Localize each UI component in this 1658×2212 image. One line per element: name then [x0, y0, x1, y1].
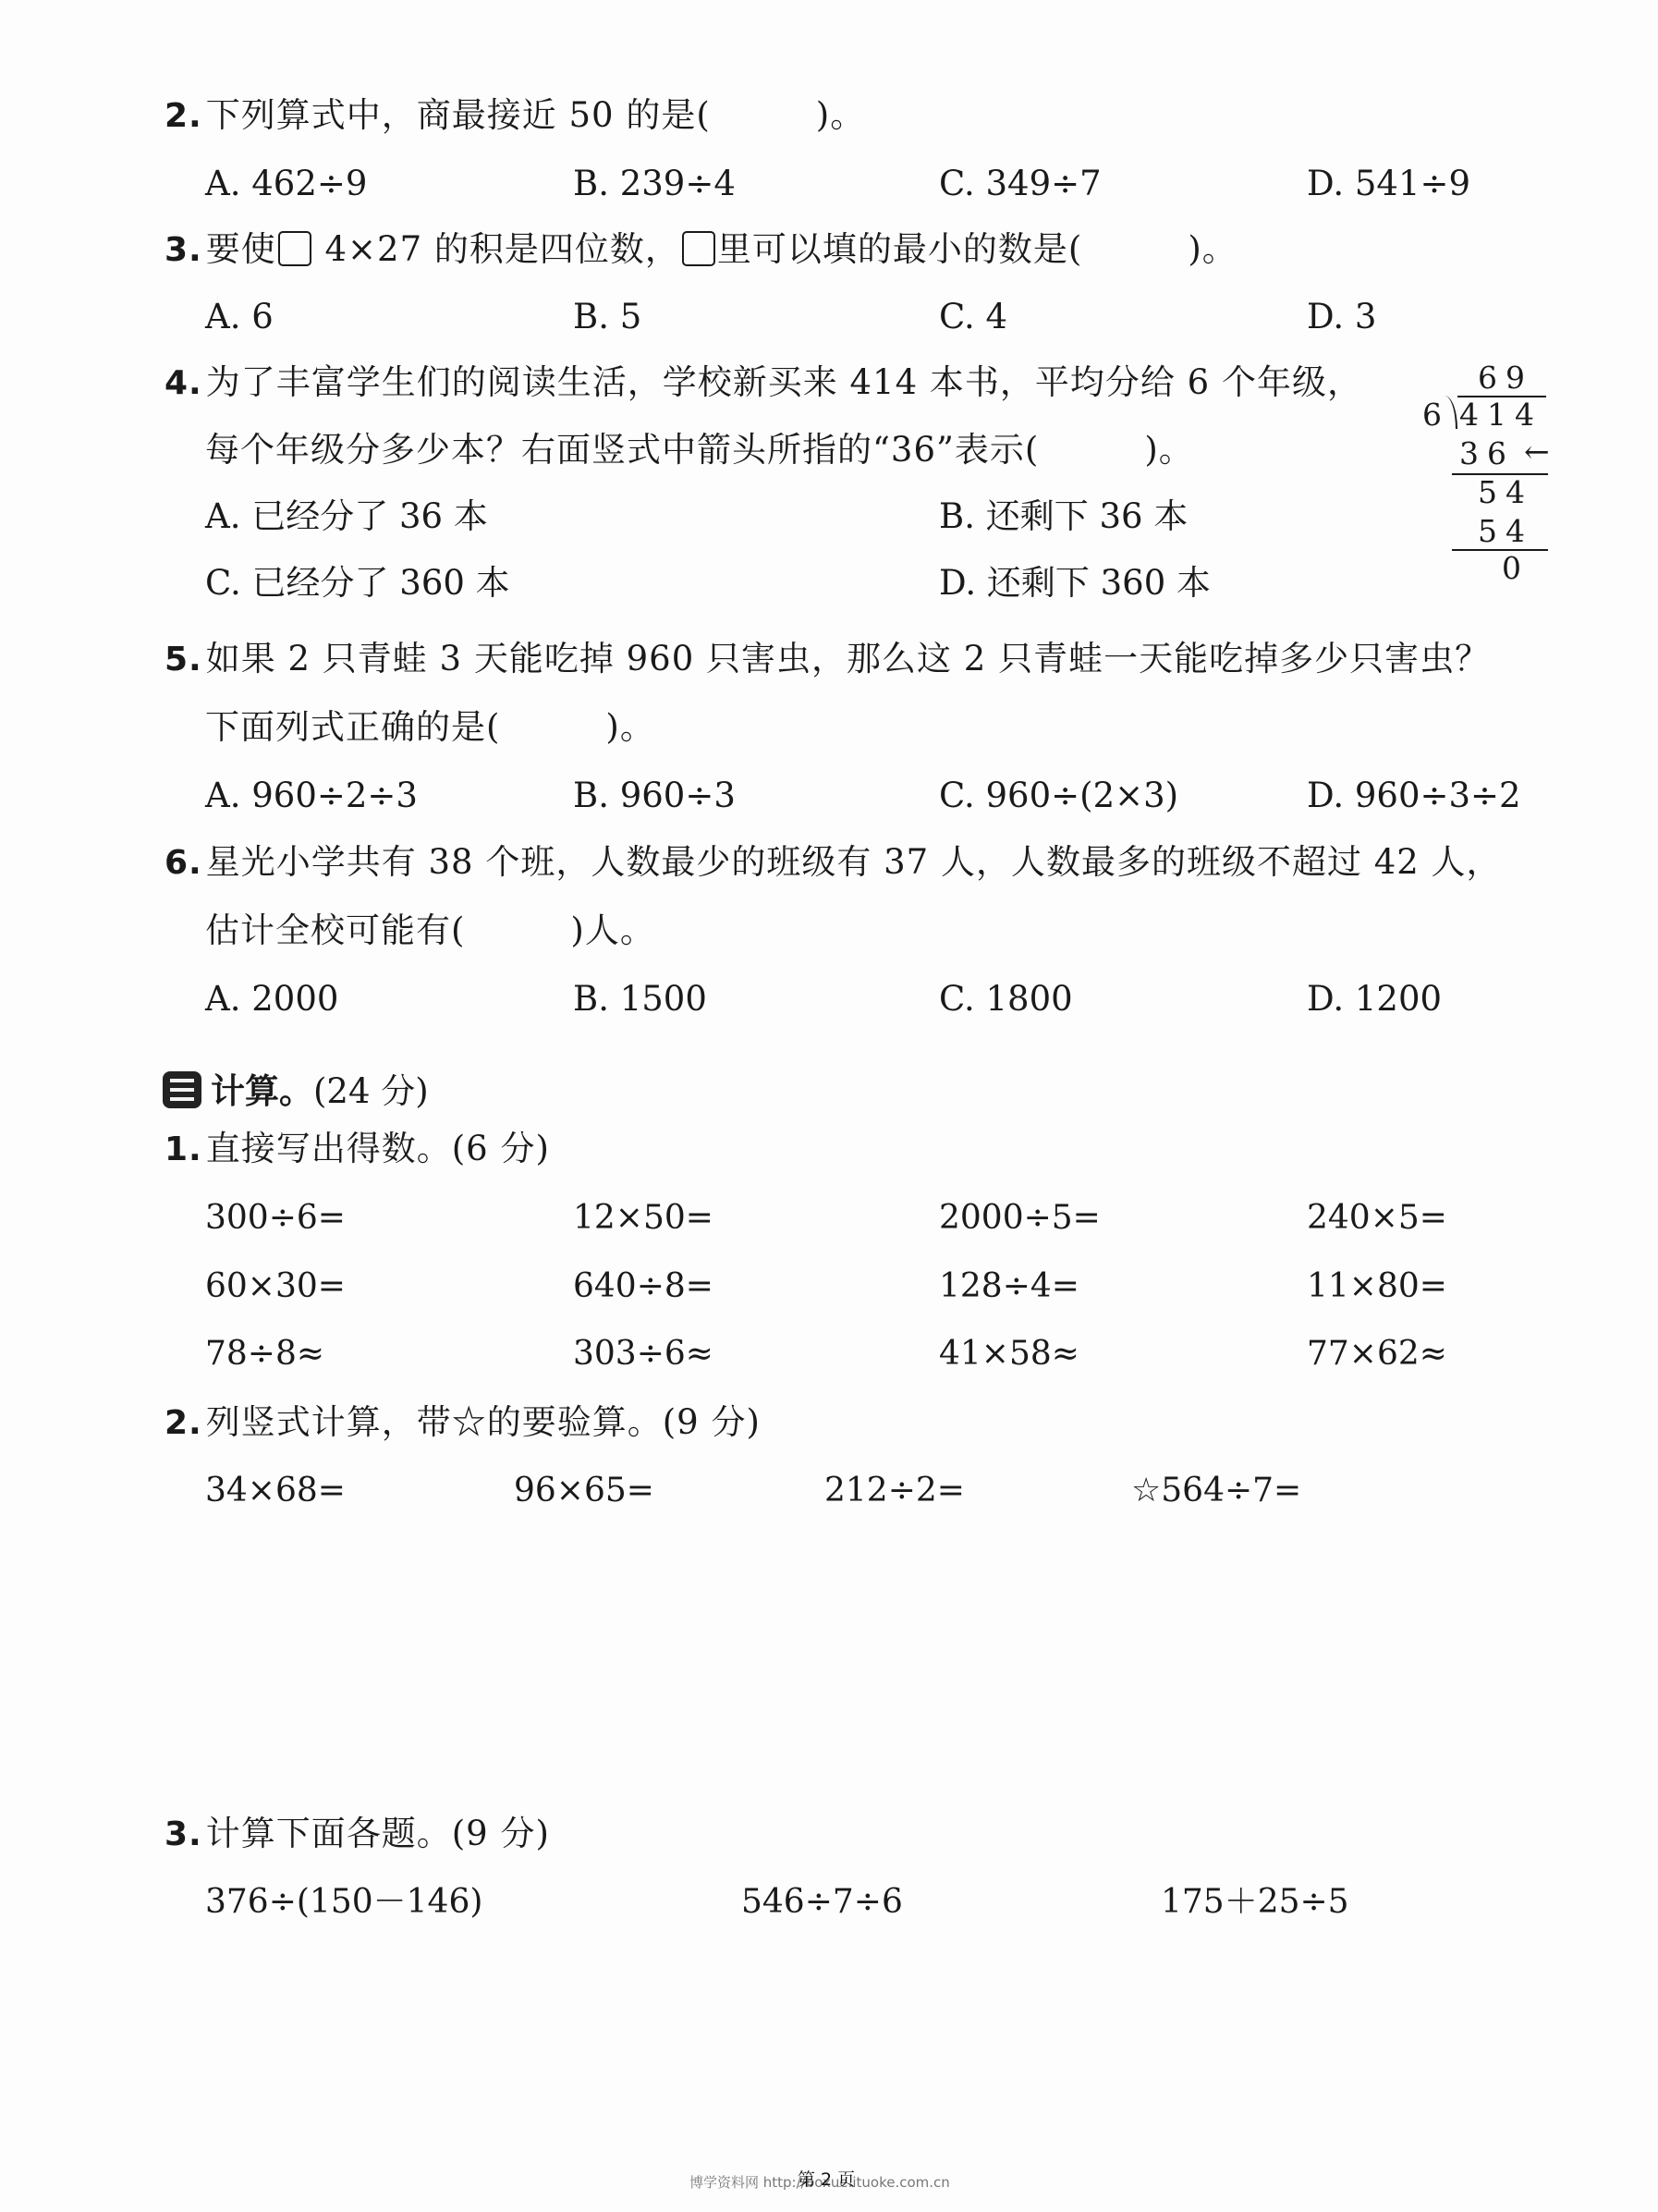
question-5-line2: 下面列式正确的是( )。: [205, 710, 655, 744]
section-score: (24 分): [313, 1071, 429, 1111]
question-4: 4.为了丰富学生们的阅读生活，学校新买来 414 本书，平均分给 6 个年级，: [165, 365, 1362, 400]
long-division: 69 6 414 36 ← 54 54 0: [1419, 359, 1539, 599]
option-d[interactable]: D. 3: [1307, 299, 1376, 334]
page-footer: 博学资料网 http://boxue.ituoke.com.cn 第 2 页: [0, 2166, 1658, 2194]
section-title: 计算。: [211, 1071, 313, 1111]
question-text-line1: 如果 2 只青蛙 3 天能吃掉 960 只害虫，那么这 2 只青蛙一天能吃掉多少…: [206, 639, 1490, 678]
option-b[interactable]: B. 239÷4: [573, 166, 736, 201]
part-number: 2.: [165, 1404, 202, 1442]
question-text: 下列算式中，商最接近 50 的是( )。: [206, 95, 865, 135]
question-5: 5.如果 2 只青蛙 3 天能吃掉 960 只害虫，那么这 2 只青蛙一天能吃掉…: [165, 642, 1490, 677]
part-number: 1.: [165, 1130, 202, 1168]
section-three-badge-icon: [163, 1071, 201, 1108]
question-number: 2.: [165, 97, 202, 135]
option-a[interactable]: A. 960÷2÷3: [205, 778, 418, 813]
question-text-part2: 4×27 的积是四位数，: [313, 229, 680, 269]
option-d[interactable]: D. 1200: [1307, 982, 1442, 1016]
question-2: 2.下列算式中，商最接近 50 的是( )。: [165, 98, 865, 133]
calc-item: 41×58≈: [939, 1338, 1079, 1371]
question-4-line2: 每个年级分多少本？右面竖式中箭头所指的“36”表示( )。: [205, 433, 1194, 467]
vertical-calc-item: 212÷2=: [824, 1474, 965, 1508]
calc-item: 2000÷5=: [939, 1202, 1101, 1235]
part-2-header: 2.列竖式计算，带☆的要验算。(9 分): [165, 1405, 761, 1440]
calc-item: 77×62≈: [1307, 1338, 1447, 1371]
vertical-calc-item: 34×68=: [205, 1474, 346, 1508]
question-number: 3.: [165, 231, 202, 269]
part-3-header: 3.计算下面各题。(9 分): [165, 1816, 550, 1851]
option-c[interactable]: C. 1800: [939, 982, 1073, 1016]
dividend: 414: [1459, 399, 1542, 430]
step1-product: 36: [1459, 438, 1515, 469]
question-text-line1: 星光小学共有 38 个班，人数最少的班级有 37 人，人数最多的班级不超过 42…: [206, 842, 1502, 882]
option-c[interactable]: C. 349÷7: [939, 166, 1102, 201]
option-d[interactable]: D. 还剩下 360 本: [939, 566, 1211, 600]
quotient: 69: [1478, 362, 1533, 393]
question-number: 6.: [165, 844, 202, 882]
expression-item: 175＋25÷5: [1161, 1886, 1349, 1919]
option-b[interactable]: B. 5: [573, 299, 641, 334]
blank-box-icon[interactable]: [682, 231, 715, 266]
calc-item: 128÷4=: [939, 1270, 1079, 1303]
calc-item: 11×80=: [1307, 1270, 1447, 1303]
final-remainder: 0: [1502, 553, 1530, 583]
calc-item: 303÷6≈: [573, 1338, 713, 1371]
blank-box-icon[interactable]: [278, 231, 311, 266]
division-bracket-icon: [1445, 396, 1457, 429]
vertical-calc-item-starred: ☆564÷7=: [1131, 1474, 1301, 1508]
option-a[interactable]: A. 2000: [205, 982, 338, 1016]
question-text-part1: 要使: [206, 229, 276, 269]
option-c[interactable]: C. 960÷(2×3): [939, 778, 1178, 813]
expression-item: 546÷7÷6: [741, 1886, 903, 1919]
calc-item: 60×30=: [205, 1270, 346, 1303]
question-number: 5.: [165, 641, 202, 678]
calc-item: 78÷8≈: [205, 1338, 324, 1371]
vertical-calc-item: 96×65=: [514, 1474, 654, 1508]
calc-item: 12×50=: [573, 1202, 713, 1235]
question-3: 3.要使 4×27 的积是四位数，里可以填的最小的数是( )。: [165, 231, 1237, 267]
option-a[interactable]: A. 已经分了 36 本: [205, 499, 488, 533]
option-d[interactable]: D. 960÷3÷2: [1307, 778, 1521, 813]
expression-item: 376÷(150－146): [205, 1886, 482, 1919]
section-3-header: 计算。(24 分): [163, 1063, 429, 1113]
part-1-header: 1.直接写出得数。(6 分): [165, 1131, 550, 1167]
option-a[interactable]: A. 6: [205, 299, 274, 334]
subtraction-line: [1452, 549, 1548, 551]
question-6: 6.星光小学共有 38 个班，人数最少的班级有 37 人，人数最多的班级不超过 …: [165, 845, 1502, 880]
question-6-line2: 估计全校可能有( )人。: [205, 913, 655, 947]
arrow-left-icon: ←: [1524, 436, 1550, 467]
option-b[interactable]: B. 960÷3: [573, 778, 736, 813]
remainder1: 54: [1478, 477, 1533, 507]
question-number: 4.: [165, 364, 202, 402]
calc-item: 300÷6=: [205, 1202, 346, 1235]
part-title: 列竖式计算，带☆的要验算。(9 分): [206, 1402, 761, 1442]
calc-item: 240×5=: [1307, 1202, 1447, 1235]
option-b[interactable]: B. 1500: [573, 982, 707, 1016]
option-c[interactable]: C. 已经分了 360 本: [205, 566, 510, 600]
option-a[interactable]: A. 462÷9: [205, 166, 367, 201]
option-c[interactable]: C. 4: [939, 299, 1007, 334]
part-title: 计算下面各题。(9 分): [206, 1814, 550, 1853]
page-number: 第 2 页: [798, 2166, 855, 2191]
option-d[interactable]: D. 541÷9: [1307, 166, 1470, 201]
part-number: 3.: [165, 1815, 202, 1853]
part-title: 直接写出得数。(6 分): [206, 1129, 550, 1168]
step2-product: 54: [1478, 516, 1533, 546]
question-text-line1: 为了丰富学生们的阅读生活，学校新买来 414 本书，平均分给 6 个年级，: [206, 362, 1362, 402]
calc-item: 640÷8=: [573, 1270, 713, 1303]
option-b[interactable]: B. 还剩下 36 本: [939, 499, 1188, 533]
question-text-part3: 里可以填的最小的数是( )。: [717, 229, 1237, 269]
